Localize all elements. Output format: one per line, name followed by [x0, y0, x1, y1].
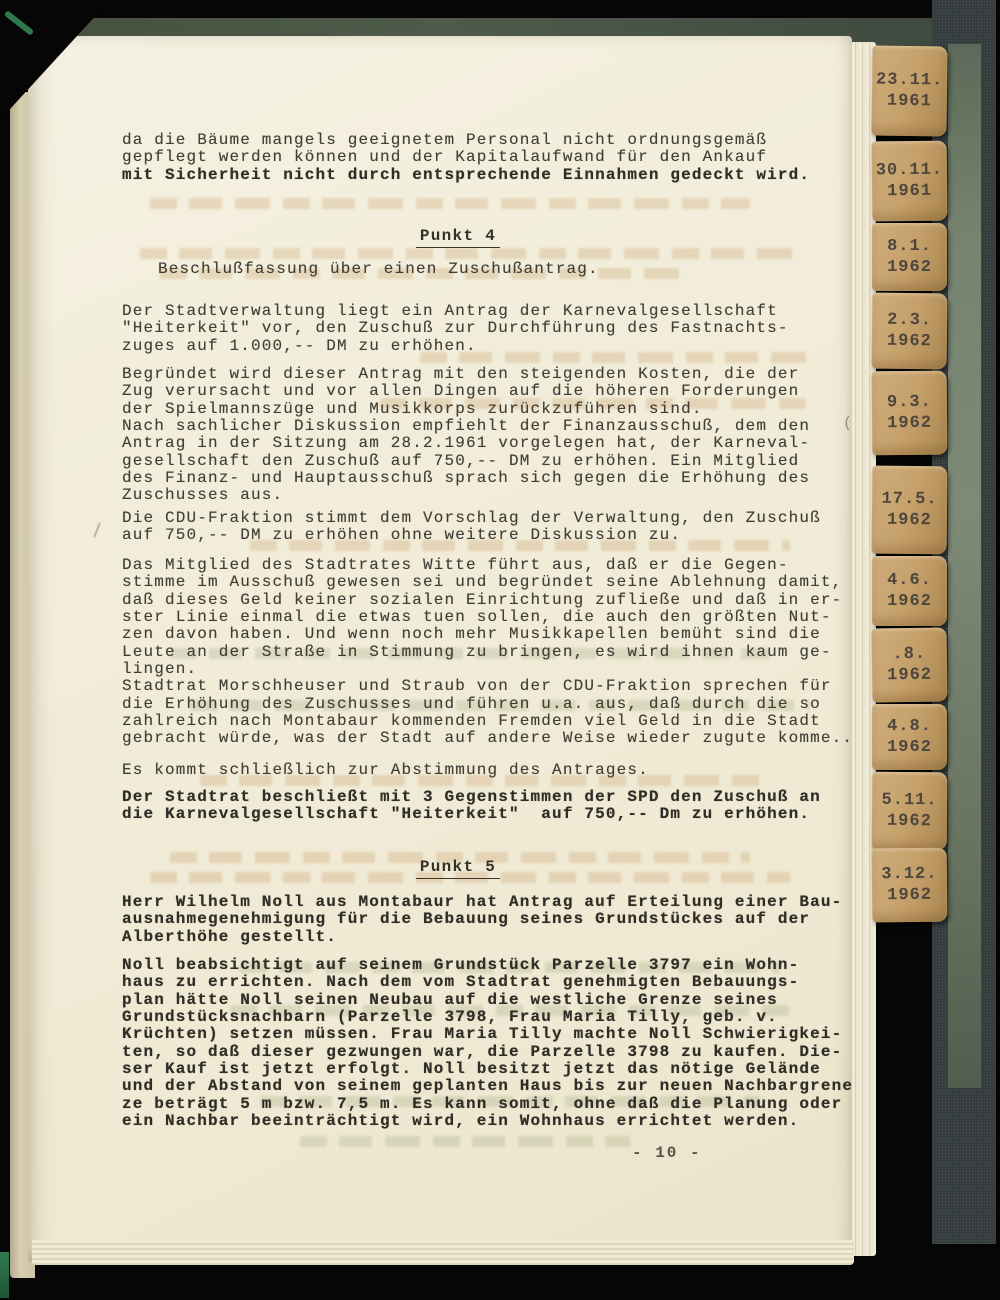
tab-date: 5.11. — [881, 790, 937, 811]
punkt5-paragraph-1: Herr Wilhelm Noll aus Montabaur hat Antr… — [122, 894, 842, 946]
tab-date: 9.3. — [887, 392, 932, 413]
tab-year: 1962 — [887, 413, 932, 434]
bookmark-tab: 4.8.1962 — [872, 704, 947, 770]
scanned-book-page: ( da die Bäume mangels geeignetem Person… — [0, 0, 1000, 1300]
pencil-mark: ( — [843, 415, 852, 432]
bookmark-tab: 5.11.1962 — [872, 772, 948, 851]
punkt4-paragraph-2: Begründet wird dieser Antrag mit den ste… — [122, 366, 810, 505]
cover-cloth-sliver-bottom — [0, 1252, 9, 1298]
tab-date: 23.11. — [876, 70, 944, 92]
tab-date: .8. — [892, 644, 926, 665]
punkt4-heading: Punkt 4 — [122, 227, 794, 245]
bookmark-tab: 8.1.1962 — [872, 223, 947, 291]
bookmark-tab: 3.12.1962 — [872, 848, 948, 923]
book-cover-green — [948, 44, 981, 1088]
punkt4-paragraph-3: Die CDU-Fraktion stimmt dem Vorschlag de… — [122, 510, 821, 545]
tab-year: 1961 — [887, 181, 932, 202]
tab-year: 1962 — [887, 885, 932, 906]
intro-paragraph-bold: mit Sicherheit nicht durch entsprechende… — [122, 167, 810, 184]
bookmark-tab: 9.3.1962 — [872, 371, 948, 456]
page-edge-stack-bottom — [32, 1240, 854, 1265]
punkt4-heading-text: Punkt 4 — [416, 227, 500, 248]
tab-date: 4.6. — [887, 570, 932, 591]
bookmark-tab: 30.11.1961 — [872, 141, 948, 222]
tab-year: 1962 — [887, 331, 932, 353]
bookmark-tab: 17.5.1962 — [872, 466, 948, 555]
bleed-through-line — [150, 198, 750, 209]
tab-date: 2.3. — [887, 310, 932, 332]
punkt4-paragraph-4: Das Mitglied des Stadtrates Witte führt … — [122, 557, 853, 748]
punkt4-subtitle: Beschlußfassung über einen Zuschußantrag… — [158, 261, 599, 278]
tab-year: 1962 — [887, 591, 932, 612]
tab-year: 1962 — [887, 737, 932, 758]
tab-year: 1962 — [887, 510, 932, 531]
bookmark-tab: 2.3.1962 — [872, 293, 948, 370]
tab-date: 17.5. — [881, 489, 937, 511]
punkt5-paragraph-2: Noll beabsichtigt auf seinem Grundstück … — [122, 957, 853, 1130]
tab-year: 1961 — [887, 91, 932, 113]
tab-year: 1962 — [887, 811, 932, 832]
tab-date: 30.11. — [876, 160, 943, 182]
bookmark-tab: 4.6.1962 — [872, 556, 947, 626]
bookmark-tab: 23.11.1961 — [871, 45, 947, 136]
punkt4-paragraph-1: Der Stadtverwaltung liegt ein Antrag der… — [122, 303, 789, 355]
bleed-through-line — [300, 1136, 630, 1147]
tab-date: 4.8. — [887, 716, 932, 737]
punkt5-heading-text: Punkt 5 — [416, 858, 500, 879]
tab-date: 8.1. — [887, 236, 932, 257]
punkt4-paragraph-5: Es kommt schließlich zur Abstimmung des … — [122, 762, 649, 779]
punkt5-heading: Punkt 5 — [122, 858, 794, 876]
bookmark-tab: .8.1962 — [871, 627, 947, 702]
tab-year: 1962 — [887, 257, 932, 278]
bleed-through-line — [140, 248, 800, 259]
punkt4-resolution: Der Stadtrat beschließt mit 3 Gegenstimm… — [122, 789, 821, 824]
intro-paragraph: da die Bäume mangels geeignetem Personal… — [122, 132, 767, 167]
tab-date: 3.12. — [881, 864, 937, 886]
tab-year: 1962 — [887, 665, 932, 687]
page-number: - 10 - — [632, 1144, 702, 1162]
